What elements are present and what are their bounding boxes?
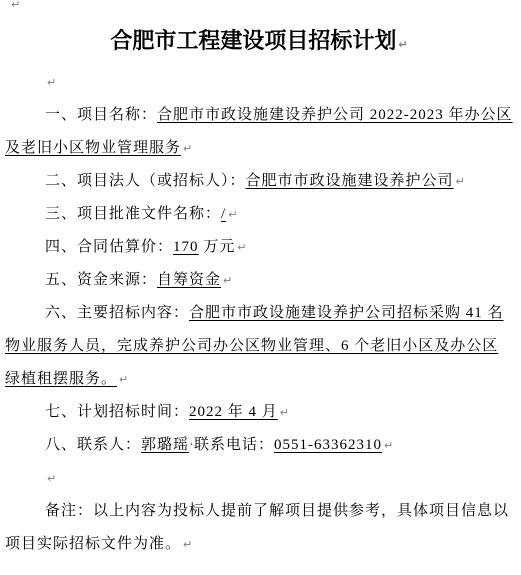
underlined-value: 合肥市市政设施建设养护公司: [246, 173, 454, 189]
underlined-value: 170: [173, 239, 199, 255]
text-segment: 二、项目法人（或招标人）：: [45, 173, 246, 189]
paragraph-mark-icon: ↵: [280, 396, 289, 429]
document-body: 合肥市工程建设项目招标计划↵↵一、项目名称：合肥市市政设施建设养护公司 2022…: [0, 20, 521, 561]
paragraph: 五、资金来源：自筹资金↵: [5, 264, 513, 297]
text-segment: 七、计划招标时间：: [45, 404, 189, 420]
paragraph: 一、项目名称：合肥市市政设施建设养护公司 2022-2023 年办公区及老旧小区…: [5, 99, 513, 165]
text-segment: 合肥市工程建设项目招标计划: [110, 28, 396, 53]
text-segment: 四、合同估算价：: [45, 239, 173, 255]
paragraph-mark-icon: ↵: [47, 66, 56, 99]
underlined-value: 郭璐瑶: [141, 437, 189, 453]
paragraph-mark-icon: ↵: [47, 462, 56, 495]
paragraph: 备注：以上内容为投标人提前了解项目提供参考，具体项目信息以项目实际招标文件为准。…: [5, 495, 513, 561]
underlined-value: 自筹资金: [157, 272, 221, 288]
paragraph-mark-icon: ↵: [228, 198, 237, 231]
text-segment: 备注：以上内容为投标人提前了解项目提供参考，具体项目信息以项目实际招标文件为准。: [5, 503, 509, 552]
paragraph: 二、项目法人（或招标人）：合肥市市政设施建设养护公司↵: [5, 165, 513, 198]
paragraph-mark-icon: ↵: [456, 165, 465, 198]
text-segment: 万元: [199, 239, 236, 255]
text-segment: 联系电话：: [194, 437, 274, 453]
underlined-value: 2022 年 4 月: [189, 404, 278, 420]
empty-paragraph: ↵: [5, 462, 513, 495]
text-segment: 三、项目批准文件名称：: [45, 206, 221, 222]
paragraph-mark-icon: ↵: [183, 528, 192, 561]
paragraph-mark-icon: ↵: [384, 429, 393, 462]
paragraph-mark-icon: ↵: [223, 264, 232, 297]
paragraph-mark-icon: ↵: [237, 231, 246, 264]
paragraph-mark-icon: ↵: [398, 24, 407, 66]
paragraph: 六、主要招标内容：合肥市市政设施建设养护公司招标采购 41 名物业服务人员，完成…: [5, 297, 513, 396]
empty-paragraph: ↵: [5, 66, 513, 99]
text-segment: 八、联系人：: [45, 437, 141, 453]
text-segment: 一、项目名称：: [45, 107, 157, 123]
paragraph-mark-icon: ↵: [183, 132, 192, 165]
page-title: 合肥市工程建设项目招标计划↵: [5, 20, 513, 66]
underlined-value: /: [221, 206, 226, 222]
paragraph: 七、计划招标时间：2022 年 4 月↵: [5, 396, 513, 429]
paragraph: 四、合同估算价：170 万元↵: [5, 231, 513, 264]
paragraph-mark-icon: ↵: [119, 363, 128, 396]
text-segment: 六、主要招标内容：: [45, 305, 189, 321]
underlined-value: 0551-63362310: [274, 437, 382, 453]
text-segment: 五、资金来源：: [45, 272, 157, 288]
paragraph: 三、项目批准文件名称：/↵: [5, 198, 513, 231]
paragraph-mark-icon: ↵: [11, 0, 20, 11]
document-page: ↵ 合肥市工程建设项目招标计划↵↵一、项目名称：合肥市市政设施建设养护公司 20…: [0, 0, 521, 575]
paragraph: 八、联系人：郭璐瑶·联系电话：0551-63362310↵: [5, 429, 513, 462]
